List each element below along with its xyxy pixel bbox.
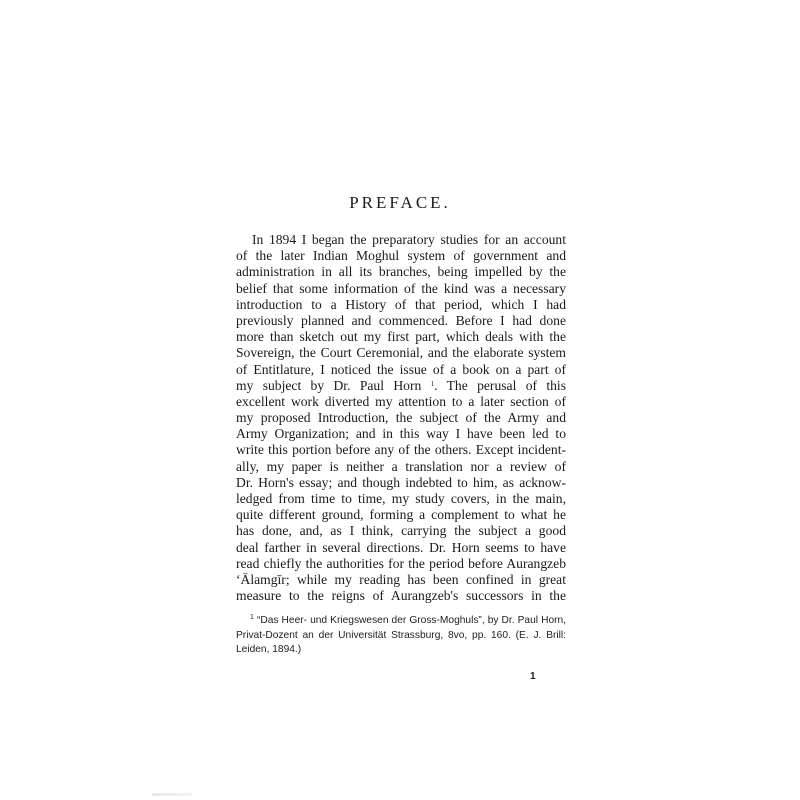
document-page: PREFACE. In 1894 I began the preparatory… bbox=[0, 0, 800, 800]
body-line: previously planned and commenced. Before… bbox=[236, 313, 566, 329]
footnote-marker: 1 bbox=[250, 614, 254, 621]
body-line: more than sketch out my first part, whic… bbox=[236, 329, 566, 345]
body-line: ally, my paper is neither a translation … bbox=[236, 459, 566, 475]
body-line: measure to the reigns of Aurangzeb's suc… bbox=[236, 588, 566, 604]
body-line: of the later Indian Moghul system of gov… bbox=[236, 248, 566, 264]
body-line: Dr. Horn's essay; and though indebted to… bbox=[236, 475, 566, 491]
footnote-text: “Das Heer- und Kriegswesen der Gross-Mog… bbox=[257, 615, 566, 626]
body-line: ‘Ālamgīr; while my reading has been conf… bbox=[236, 572, 566, 588]
body-line-suffix: . The perusal of this bbox=[434, 378, 566, 393]
body-line: read chiefly the authorities for the per… bbox=[236, 556, 566, 572]
body-line: Army Organization; and in this way I hav… bbox=[236, 426, 566, 442]
body-line: of Entitlature, I noticed the issue of a… bbox=[236, 362, 566, 378]
body-line: belief that some information of the kind… bbox=[236, 281, 566, 297]
body-line: excellent work diverted my attention to … bbox=[236, 394, 566, 410]
body-line-prefix: my subject by Dr. Paul Horn bbox=[236, 378, 421, 393]
body-line: write this portion before any of the oth… bbox=[236, 442, 566, 458]
footnote-line: Leiden, 1894.) bbox=[236, 643, 566, 658]
footnote-line: 1 “Das Heer- und Kriegswesen der Gross-M… bbox=[236, 614, 566, 629]
body-line: introduction to a History of that period… bbox=[236, 297, 566, 313]
page-number: 1 bbox=[530, 671, 536, 682]
body-line: quite different ground, forming a comple… bbox=[236, 507, 566, 523]
body-line: administration in all its branches, bein… bbox=[236, 264, 566, 280]
page-title: PREFACE. bbox=[0, 193, 800, 213]
footnote: 1 “Das Heer- und Kriegswesen der Gross-M… bbox=[236, 614, 566, 658]
body-line: has done, and, as I think, carrying the … bbox=[236, 523, 566, 539]
preface-body: In 1894 I began the preparatory studies … bbox=[236, 232, 566, 604]
scan-artifact bbox=[152, 793, 192, 796]
body-line: deal farther in several directions. Dr. … bbox=[236, 540, 566, 556]
footnote-line: Privat-Dozent an der Universität Strassb… bbox=[236, 629, 566, 644]
body-line: ledged from time to time, my study cover… bbox=[236, 491, 566, 507]
body-line: In 1894 I began the preparatory studies … bbox=[236, 232, 566, 248]
body-line-with-footnote-ref: my subject by Dr. Paul Horn 1. The perus… bbox=[236, 378, 566, 394]
body-line: my proposed Introduction, the subject of… bbox=[236, 410, 566, 426]
body-line: Sovereign, the Court Ceremonial, and the… bbox=[236, 345, 566, 361]
